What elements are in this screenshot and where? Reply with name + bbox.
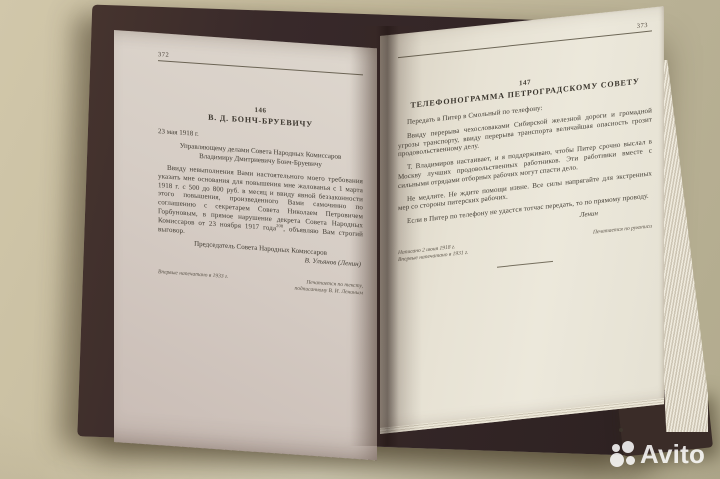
body-text: Ввиду невыполнения Вами настоятельного м…: [158, 164, 363, 232]
logo-circle-large: [610, 453, 624, 467]
right-page: 373 147 ТЕЛЕФОНОГРАММА ПЕТРОГРАДСКОМУ СО…: [380, 6, 664, 434]
left-footer-source: Впервые напечатано в 1933 г.: [158, 269, 228, 281]
section-divider-rule: [497, 261, 553, 268]
left-body-paragraph: Ввиду невыполнения Вами настоятельного м…: [158, 163, 363, 248]
avito-circles-icon: [610, 441, 637, 468]
right-page-content: 373 147 ТЕЛЕФОНОГРАММА ПЕТРОГРАДСКОМУ СО…: [380, 6, 664, 280]
book-gutter-shadow: [350, 26, 422, 446]
left-page-content: 372 146 В. Д. БОНЧ-БРУЕВИЧУ 23 мая 1918 …: [114, 30, 377, 299]
left-page: 372 146 В. Д. БОНЧ-БРУЕВИЧУ 23 мая 1918 …: [114, 30, 377, 460]
left-footer: Впервые напечатано в 1933 г. Печатается …: [158, 269, 363, 297]
photo-scene: 372 146 В. Д. БОНЧ-БРУЕВИЧУ 23 мая 1918 …: [0, 0, 720, 479]
avito-watermark: Avito: [610, 441, 705, 468]
avito-watermark-label: Avito: [640, 441, 705, 468]
logo-circle-small: [612, 444, 620, 452]
right-footer-print-note: Печатается по рукописи: [593, 223, 652, 236]
page-speck: [619, 428, 623, 432]
logo-circle-medium: [622, 441, 634, 453]
logo-circle-tiny: [626, 456, 635, 465]
